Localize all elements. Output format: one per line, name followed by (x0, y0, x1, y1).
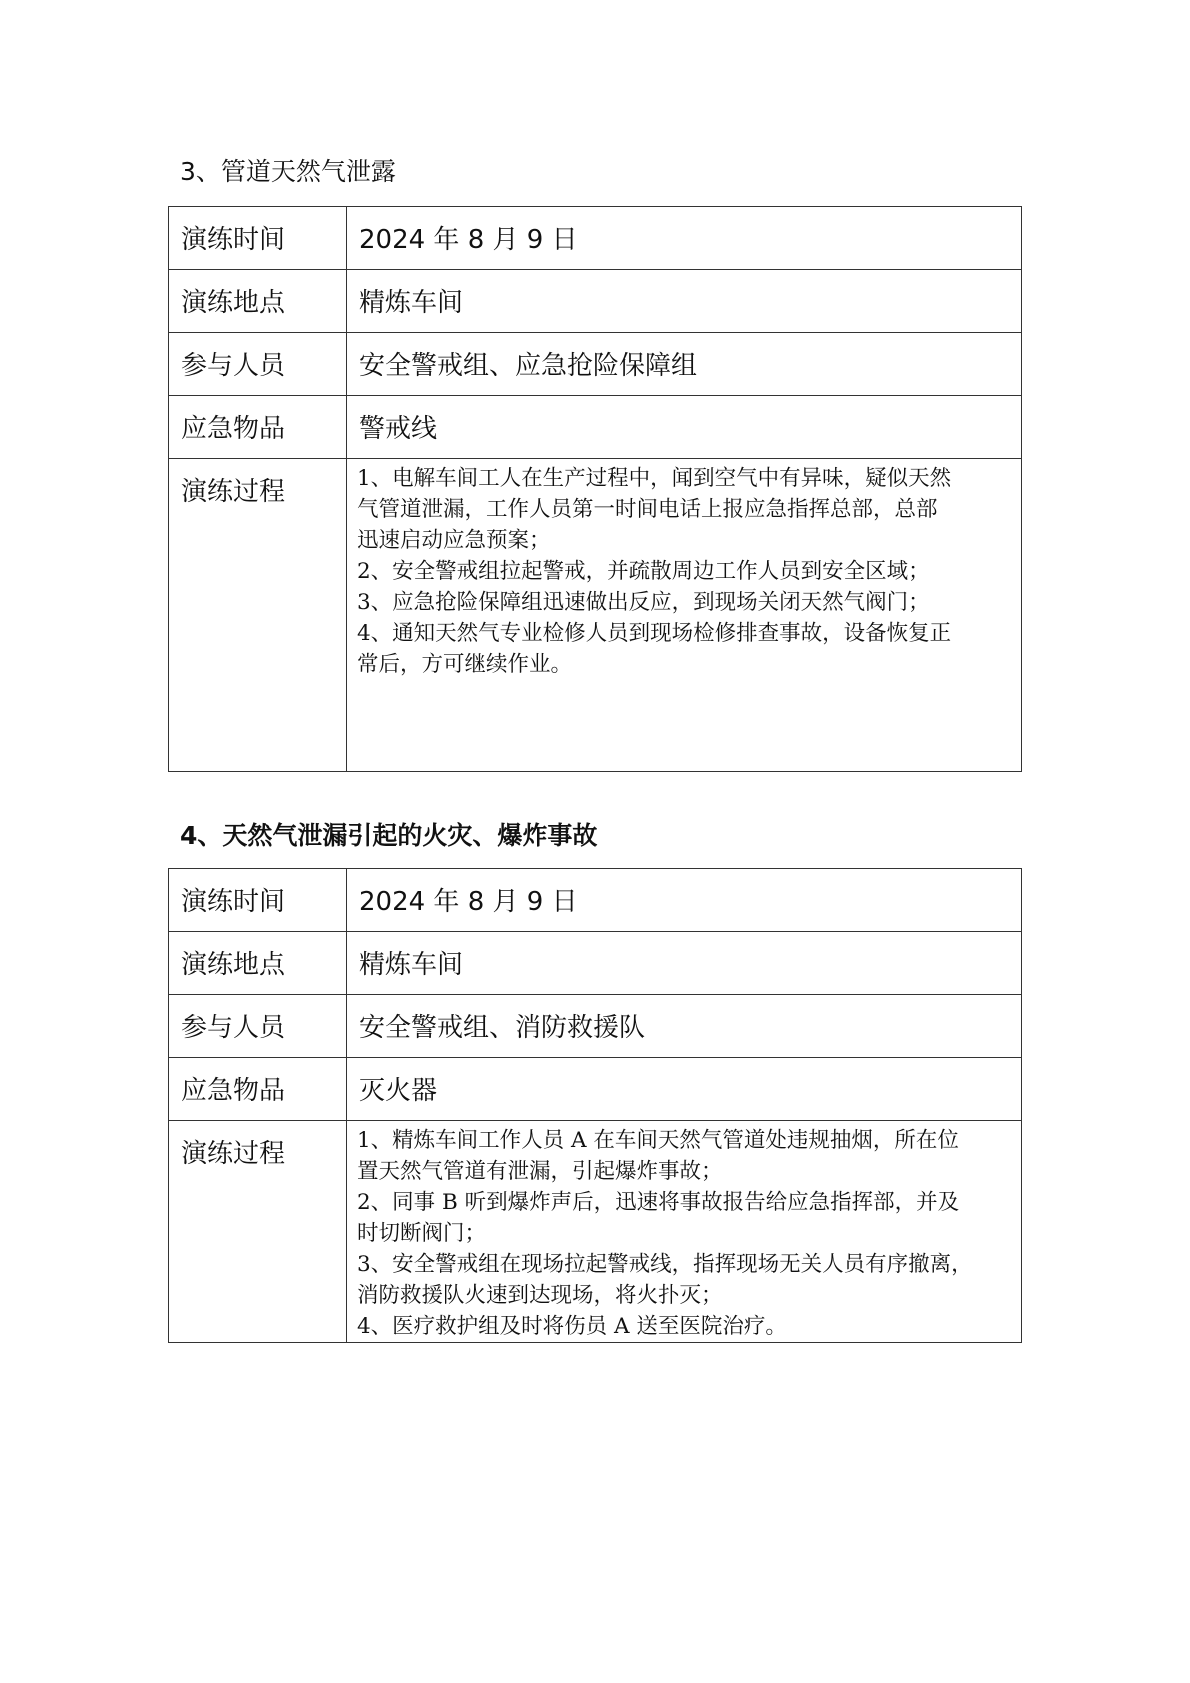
label-participants: 参与人员 (169, 995, 347, 1058)
drill-table-pipeline-gas-leak: 演练时间 2024 年 8 月 9 日 演练地点 精炼车间 参与人员 安全警戒组… (168, 206, 1022, 772)
value-drill-process: 1、精炼车间工作人员 A 在车间天然气管道处违规抽烟，所在位 置天然气管道有泄漏… (347, 1121, 1022, 1343)
label-participants: 参与人员 (169, 333, 347, 396)
process-line: 1、精炼车间工作人员 A 在车间天然气管道处违规抽烟，所在位 (357, 1125, 1013, 1156)
label-drill-process: 演练过程 (169, 459, 347, 772)
process-line: 4、通知天然气专业检修人员到现场检修排查事故，设备恢复正 (357, 618, 1013, 649)
value-drill-time: 2024 年 8 月 9 日 (347, 869, 1022, 932)
label-drill-time: 演练时间 (169, 869, 347, 932)
table-row-emergency-supplies: 应急物品 警戒线 (169, 396, 1022, 459)
process-line: 迅速启动应急预案； (357, 525, 1013, 556)
process-line: 1、电解车间工人在生产过程中，闻到空气中有异味，疑似天然 (357, 463, 1013, 494)
value-emergency-supplies: 警戒线 (347, 396, 1022, 459)
table-row-drill-time: 演练时间 2024 年 8 月 9 日 (169, 207, 1022, 270)
table-row-drill-location: 演练地点 精炼车间 (169, 932, 1022, 995)
value-participants: 安全警戒组、应急抢险保障组 (347, 333, 1022, 396)
process-line: 置天然气管道有泄漏，引起爆炸事故； (357, 1156, 1013, 1187)
process-line: 2、安全警戒组拉起警戒，并疏散周边工作人员到安全区域； (357, 556, 1013, 587)
value-drill-location: 精炼车间 (347, 932, 1022, 995)
process-line: 3、安全警戒组在现场拉起警戒线，指挥现场无关人员有序撤离， (357, 1249, 1013, 1280)
process-line: 常后，方可继续作业。 (357, 649, 1013, 680)
section-title-pipeline-gas-leak: 3、管道天然气泄露 (180, 156, 396, 188)
table-row-drill-location: 演练地点 精炼车间 (169, 270, 1022, 333)
value-drill-process: 1、电解车间工人在生产过程中，闻到空气中有异味，疑似天然 气管道泄漏，工作人员第… (347, 459, 1022, 772)
process-line: 3、应急抢险保障组迅速做出反应，到现场关闭天然气阀门； (357, 587, 1013, 618)
table-row-participants: 参与人员 安全警戒组、消防救援队 (169, 995, 1022, 1058)
table-row-drill-process: 演练过程 1、精炼车间工作人员 A 在车间天然气管道处违规抽烟，所在位 置天然气… (169, 1121, 1022, 1343)
drill-table-gas-fire-explosion: 演练时间 2024 年 8 月 9 日 演练地点 精炼车间 参与人员 安全警戒组… (168, 868, 1022, 1343)
process-line: 时切断阀门； (357, 1218, 1013, 1249)
label-emergency-supplies: 应急物品 (169, 396, 347, 459)
value-participants: 安全警戒组、消防救援队 (347, 995, 1022, 1058)
label-drill-location: 演练地点 (169, 932, 347, 995)
process-line: 4、医疗救护组及时将伤员 A 送至医院治疗。 (357, 1311, 1013, 1342)
table-row-drill-process: 演练过程 1、电解车间工人在生产过程中，闻到空气中有异味，疑似天然 气管道泄漏，… (169, 459, 1022, 772)
value-emergency-supplies: 灭火器 (347, 1058, 1022, 1121)
table-row-participants: 参与人员 安全警戒组、应急抢险保障组 (169, 333, 1022, 396)
label-drill-process: 演练过程 (169, 1121, 347, 1343)
label-drill-time: 演练时间 (169, 207, 347, 270)
process-line: 消防救援队火速到达现场，将火扑灭； (357, 1280, 1013, 1311)
table-row-emergency-supplies: 应急物品 灭火器 (169, 1058, 1022, 1121)
process-line: 气管道泄漏，工作人员第一时间电话上报应急指挥总部，总部 (357, 494, 1013, 525)
process-line: 2、同事 B 听到爆炸声后，迅速将事故报告给应急指挥部，并及 (357, 1187, 1013, 1218)
value-drill-location: 精炼车间 (347, 270, 1022, 333)
section-title-gas-fire-explosion: 4、天然气泄漏引起的火灾、爆炸事故 (180, 820, 597, 852)
label-drill-location: 演练地点 (169, 270, 347, 333)
label-emergency-supplies: 应急物品 (169, 1058, 347, 1121)
value-drill-time: 2024 年 8 月 9 日 (347, 207, 1022, 270)
table-row-drill-time: 演练时间 2024 年 8 月 9 日 (169, 869, 1022, 932)
